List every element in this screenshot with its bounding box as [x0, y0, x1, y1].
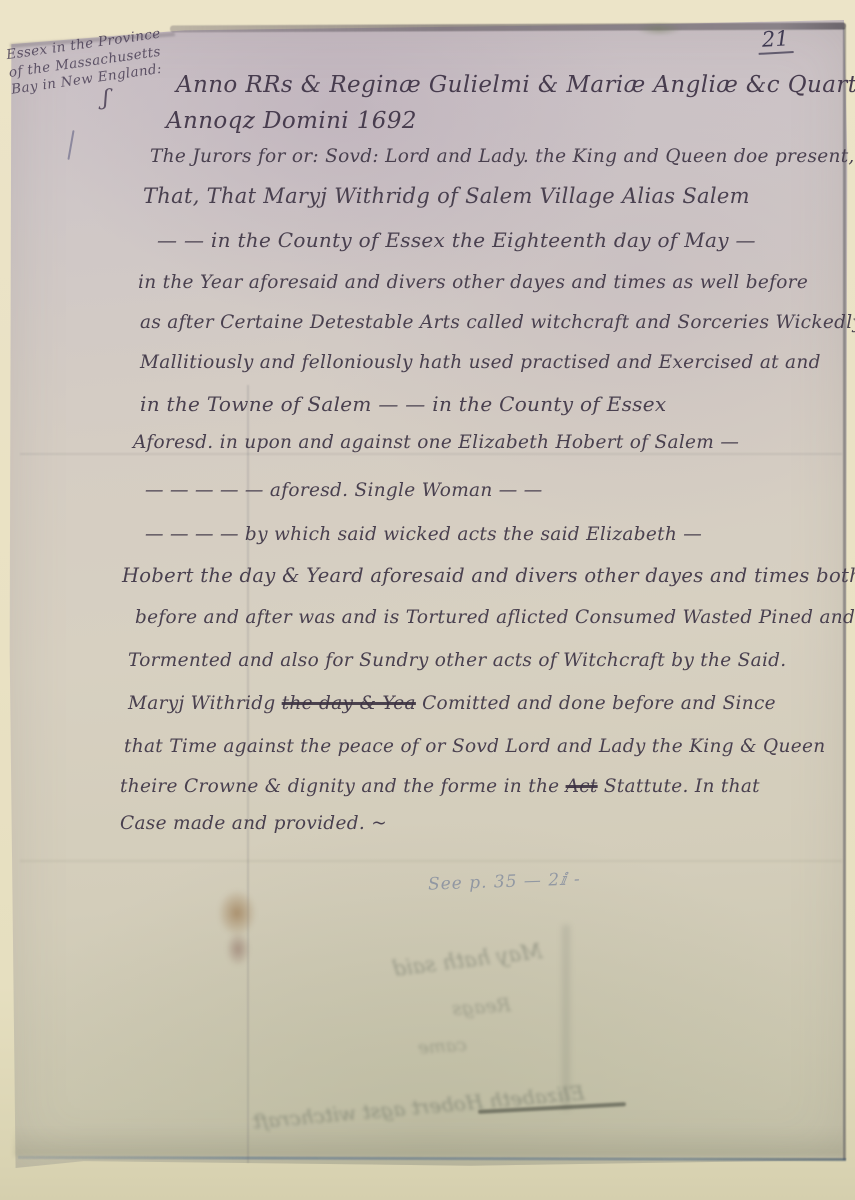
- struck-text: Act: [566, 776, 598, 797]
- line-text: Aforesd. in upon and against one Elizabe…: [133, 432, 739, 453]
- line-text: in the Year aforesaid and divers other d…: [138, 272, 808, 293]
- heading-regnal-year: Anno RRs & Reginæ Gulielmi & Mariæ Angli…: [176, 72, 855, 98]
- line-text: before and after was and is Tortured afl…: [135, 607, 855, 628]
- page-number: 21: [757, 26, 793, 55]
- manuscript-line-1: The Jurors for or: Sovd: Lord and Lady. …: [150, 146, 855, 167]
- line-text: That, That Maryj Withridg of Salem Villa…: [143, 184, 750, 208]
- struck-text: the day & Yea: [282, 693, 416, 714]
- manuscript-line-2: That, That Maryj Withridg of Salem Villa…: [143, 184, 750, 208]
- line-text: Stattute. In that: [598, 776, 760, 797]
- horizontal-fold-crease: [20, 453, 842, 455]
- line-text: Case made and provided. ~: [120, 813, 387, 834]
- line-text: as after Certaine Detestable Arts called…: [140, 312, 855, 333]
- paper-right-edge: [843, 28, 846, 1160]
- horizontal-fold-crease-2: [20, 860, 842, 862]
- manuscript-line-11: Hobert the day & Yeard aforesaid and div…: [122, 564, 855, 587]
- manuscript-line-5: as after Certaine Detestable Arts called…: [140, 312, 855, 333]
- ink-smudge: [636, 22, 682, 36]
- paper-bottom-shadow: [14, 1128, 844, 1156]
- line-text: — — in the County of Essex the Eighteent…: [157, 228, 756, 252]
- ink-stain-tail: [226, 932, 250, 966]
- line-text: that Time against the peace of or Sovd L…: [124, 736, 825, 757]
- line-text: Mallitiously and felloniously hath used …: [140, 352, 821, 373]
- ink-stain: [218, 890, 256, 936]
- vertical-fold-crease: [247, 385, 249, 1163]
- scanned-manuscript-page: { "page": { "number": "21", "archive_not…: [0, 0, 855, 1200]
- manuscript-line-6: Mallitiously and felloniously hath used …: [140, 352, 821, 373]
- manuscript-line-13: Tormented and also for Sundry other acts…: [128, 650, 787, 671]
- line-text: The Jurors for or: Sovd: Lord and Lady. …: [150, 146, 855, 167]
- line-text: in the Towne of Salem — — in the County …: [140, 392, 666, 416]
- heading-anno-domini: Annoqz Domini 1692: [166, 108, 417, 134]
- manuscript-line-8: Aforesd. in upon and against one Elizabe…: [133, 432, 739, 453]
- line-text: Maryj Withridg: [128, 693, 282, 714]
- manuscript-line-14: Maryj Withridg the day & Yea Comitted an…: [128, 693, 776, 714]
- manuscript-line-4: in the Year aforesaid and divers other d…: [138, 272, 808, 293]
- manuscript-line-16: theire Crowne & dignity and the forme in…: [120, 776, 760, 797]
- manuscript-line-3: — — in the County of Essex the Eighteent…: [157, 228, 756, 252]
- manuscript-line-17: Case made and provided. ~: [120, 813, 387, 834]
- line-text: — — — — — aforesd. Single Woman — —: [145, 480, 543, 501]
- line-text: theire Crowne & dignity and the forme in…: [120, 776, 566, 797]
- manuscript-line-7: in the Towne of Salem — — in the County …: [140, 392, 666, 416]
- manuscript-line-15: that Time against the peace of or Sovd L…: [124, 736, 825, 757]
- line-text: Tormented and also for Sundry other acts…: [128, 650, 787, 671]
- line-text: — — — — by which said wicked acts the sa…: [145, 524, 702, 545]
- manuscript-line-12: before and after was and is Tortured afl…: [135, 607, 855, 628]
- bleedthrough-line: Reags: [451, 994, 511, 1020]
- line-text: Hobert the day & Yeard aforesaid and div…: [122, 564, 855, 587]
- line-text: Comitted and done before and Since: [416, 693, 776, 714]
- manuscript-line-10: — — — — by which said wicked acts the sa…: [145, 524, 702, 545]
- manuscript-line-9: — — — — — aforesd. Single Woman — —: [145, 480, 543, 501]
- bleedthrough-line: came: [417, 1034, 467, 1058]
